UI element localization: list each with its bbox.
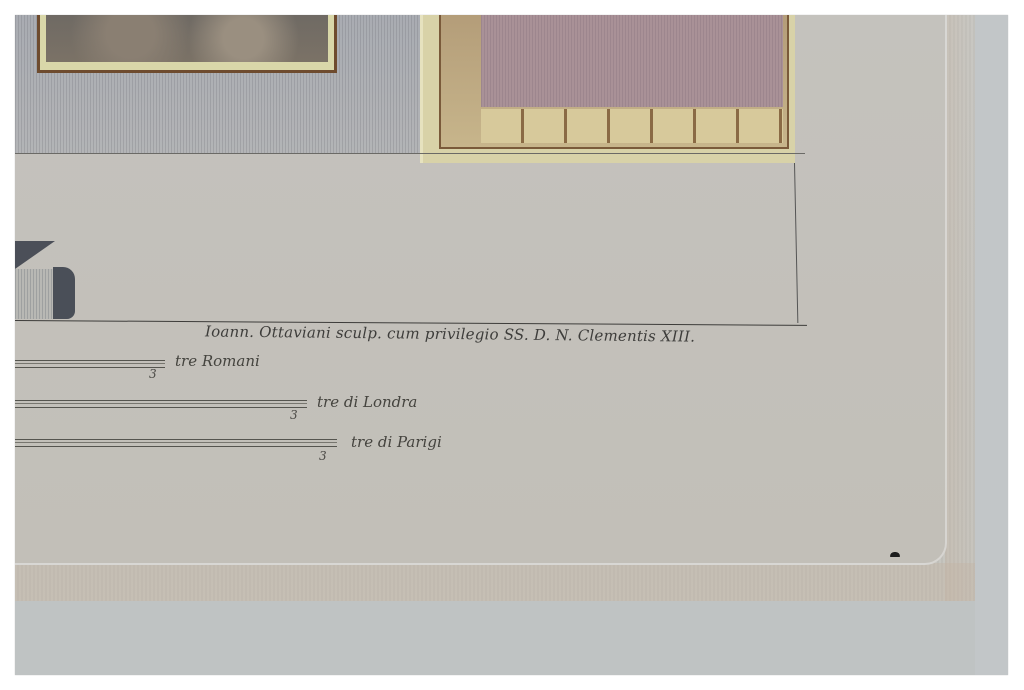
- photograph: Ioann. Ottaviani sculp. cum privilegio S…: [15, 15, 1008, 675]
- ink-speck: [890, 552, 900, 557]
- ornate-gilt-frame: [420, 15, 795, 163]
- scale-bar-londra: [15, 400, 307, 408]
- plate-mark-right-edge: [945, 15, 975, 601]
- scale-number: 3: [319, 449, 327, 463]
- paper-right-margin: [975, 15, 1008, 675]
- pedestal-body: [15, 269, 55, 319]
- hatched-wall-panel: [15, 15, 420, 154]
- painting: [46, 15, 328, 62]
- scale-label-londra: tre di Londra: [317, 393, 417, 411]
- pedestal-fragment: [15, 241, 75, 321]
- mauve-panel: [481, 15, 783, 107]
- pedestal-top: [15, 241, 55, 269]
- painting-frame: [37, 15, 337, 73]
- paper-lower-margin: [15, 601, 1008, 675]
- scale-number: 3: [290, 408, 298, 422]
- plate-mark-lower-edge: [15, 563, 975, 601]
- frame-molding: [439, 15, 789, 149]
- scale-bar-parigi: [15, 439, 337, 447]
- scale-number: 3: [149, 367, 157, 381]
- plate-border-line-top: [15, 153, 805, 154]
- scale-label-romani: tre Romani: [175, 352, 260, 370]
- scale-label-parigi: tre di Parigi: [351, 433, 442, 451]
- pedestal-shadow: [53, 267, 75, 319]
- gadroon-ornament: [481, 109, 783, 143]
- scale-bar-romani: [15, 360, 165, 368]
